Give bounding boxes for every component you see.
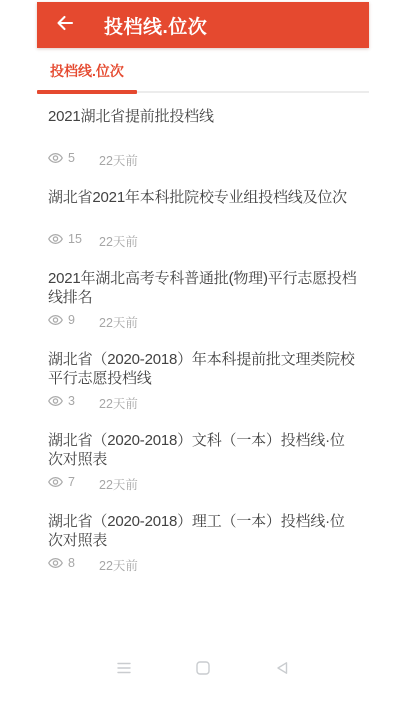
view-count: 9: [68, 313, 90, 327]
back-button[interactable]: [54, 14, 76, 36]
article-title: 湖北省2021年本科批院校专业组投档线及位次: [48, 188, 358, 226]
article-title: 湖北省（2020-2018）理工（一本）投档线·位次对照表: [48, 512, 358, 550]
view-count: 8: [68, 556, 90, 570]
view-count: 5: [68, 151, 90, 165]
active-tab-underline: [37, 90, 137, 94]
article-meta: 9 22天前: [48, 312, 357, 328]
timestamp: 22天前: [99, 232, 138, 250]
article-list-item[interactable]: 湖北省（2020-2018）年本科提前批文理类院校平行志愿投档线 3 22天前: [37, 339, 369, 420]
app-bar: 投档线.位次: [37, 2, 369, 48]
timestamp: 22天前: [99, 556, 138, 574]
timestamp: 22天前: [99, 151, 138, 169]
tab-bar: 投档线.位次: [37, 48, 369, 93]
timestamp: 22天前: [99, 475, 138, 493]
article-title: 2021年湖北高考专科普通批(物理)平行志愿投档线排名: [48, 269, 358, 307]
tab-label: 投档线.位次: [50, 58, 124, 81]
eye-icon: [48, 476, 63, 488]
phone-screenshot: 投档线.位次 投档线.位次 2021湖北省提前批投档线 5 22天前: [0, 0, 405, 720]
article-meta: 7 22天前: [48, 474, 357, 490]
eye-icon: [48, 152, 63, 164]
arrow-left-icon: [55, 14, 75, 37]
article-list-item[interactable]: 2021年湖北高考专科普通批(物理)平行志愿投档线排名 9 22天前: [37, 258, 369, 339]
article-list-item[interactable]: 湖北省（2020-2018）理工（一本）投档线·位次对照表 8 22天前: [37, 501, 369, 582]
timestamp: 22天前: [99, 313, 138, 331]
article-meta: 3 22天前: [48, 393, 357, 409]
tab-toudangxian-weici[interactable]: 投档线.位次: [37, 48, 137, 91]
view-count: 15: [68, 232, 90, 246]
eye-icon: [48, 233, 63, 245]
eye-icon: [48, 314, 63, 326]
view-count: 3: [68, 394, 90, 408]
article-list-item[interactable]: 2021湖北省提前批投档线 5 22天前: [37, 96, 369, 177]
eye-icon: [48, 395, 63, 407]
eye-icon: [48, 557, 63, 569]
view-count: 7: [68, 475, 90, 489]
article-meta: 8 22天前: [48, 555, 357, 571]
app-screen: 投档线.位次 投档线.位次 2021湖北省提前批投档线 5 22天前: [37, 2, 369, 718]
article-title: 湖北省（2020-2018）文科（一本）投档线·位次对照表: [48, 431, 358, 469]
article-title: 湖北省（2020-2018）年本科提前批文理类院校平行志愿投档线: [48, 350, 358, 388]
home-square-icon[interactable]: [195, 660, 211, 676]
timestamp: 22天前: [99, 394, 138, 412]
article-title: 2021湖北省提前批投档线: [48, 107, 358, 145]
android-nav-bar: [37, 656, 369, 680]
back-triangle-icon[interactable]: [274, 660, 290, 676]
page-title: 投档线.位次: [104, 12, 207, 39]
article-meta: 5 22天前: [48, 150, 357, 166]
article-meta: 15 22天前: [48, 231, 357, 247]
article-list-item[interactable]: 湖北省（2020-2018）文科（一本）投档线·位次对照表 7 22天前: [37, 420, 369, 501]
article-list: 2021湖北省提前批投档线 5 22天前 湖北省2021年本科批院校专业组投档线…: [37, 96, 369, 582]
menu-icon[interactable]: [116, 660, 132, 676]
article-list-item[interactable]: 湖北省2021年本科批院校专业组投档线及位次 15 22天前: [37, 177, 369, 258]
